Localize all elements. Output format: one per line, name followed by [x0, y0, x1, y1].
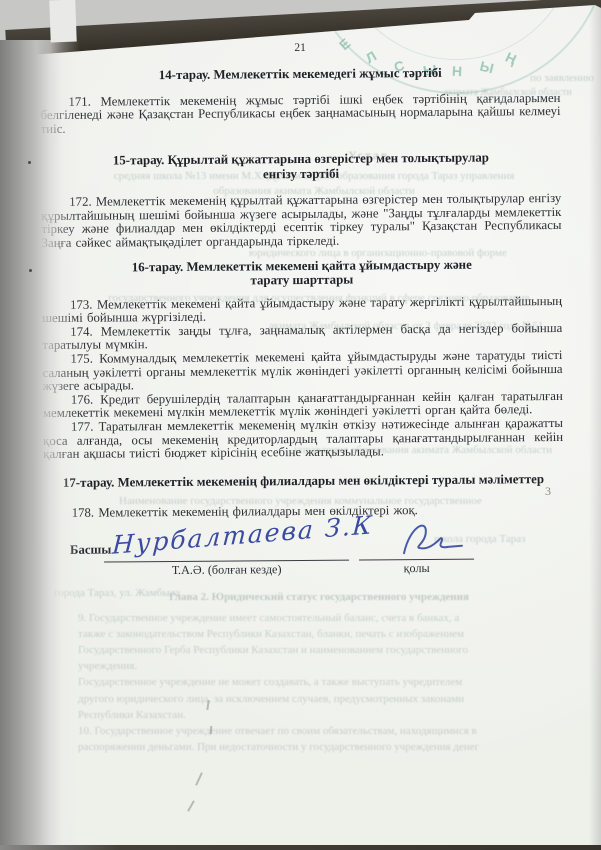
- ghost-text: распоряжении деньгами. При недостаточнос…: [78, 741, 570, 753]
- pencil-scratch: [195, 772, 203, 786]
- paragraph-175: 175. Коммуналдық мемлекеттік мекемені қа…: [42, 349, 562, 394]
- document-sheet: Е Л С Ы Н Ы Ң по заявлению акимата Жамбы…: [14, 0, 601, 850]
- ghost-text: 9. Государственное учреждение имеет само…: [78, 612, 570, 624]
- paragraph-172: 172. Мемлекеттік мекеменің құрылтай құжа…: [41, 192, 561, 250]
- scan-speck: [29, 269, 32, 272]
- paragraph-171: 171. Мемлекеттік мекеменің жұмыс тәртібі…: [40, 91, 560, 136]
- document-content: 21 14-тарау. Мемлекеттік мекемедегі жұмы…: [40, 40, 564, 592]
- chapter-16-heading-line2: тарату шарттары: [42, 271, 562, 290]
- ghost-text: другого юридического лица, за исключение…: [78, 693, 570, 705]
- paragraph-177: 177. Таратылған мемлекеттік мекеменің мү…: [43, 417, 563, 462]
- handwritten-signature-icon: [396, 517, 466, 565]
- ghost-chapter-title: Глава 2. Юридический статус государствен…: [84, 591, 554, 603]
- chapter-14-heading: 14-тарау. Мемлекеттік мекемедегі жұмыс т…: [40, 65, 560, 84]
- ghost-text: Государственное учреждение не может созд…: [78, 676, 570, 688]
- underlying-page-edge: [49, 0, 76, 42]
- scanned-document-page: Е Л С Ы Н Ы Ң по заявлению акимата Жамбы…: [0, 0, 601, 850]
- ghost-text: также с законодательством Республики Каз…: [78, 628, 570, 640]
- signature-role-label: Басшы: [70, 543, 111, 557]
- ghost-text: учреждения.: [78, 660, 570, 672]
- chapter-17-heading: 17-тарау. Мемлекеттік мекеменің филиалда…: [43, 472, 563, 491]
- name-caption: Т.А.Ә. (болған кезде): [104, 563, 349, 579]
- ghost-text: Республики Казахстан.: [78, 709, 570, 721]
- ghost-text: Государственного Герба Республики Казахс…: [78, 644, 570, 656]
- pencil-scratch: [187, 800, 195, 811]
- scanner-bottom-edge: [0, 845, 601, 850]
- scan-speck: [28, 161, 31, 164]
- sign-caption: қолы: [359, 562, 474, 576]
- ghost-text: 10. Государственное учреждение отвечает …: [78, 725, 570, 737]
- signature-block: Басшы Нурбалтаева З.К Т.А.Ә. (болған кез…: [44, 532, 564, 592]
